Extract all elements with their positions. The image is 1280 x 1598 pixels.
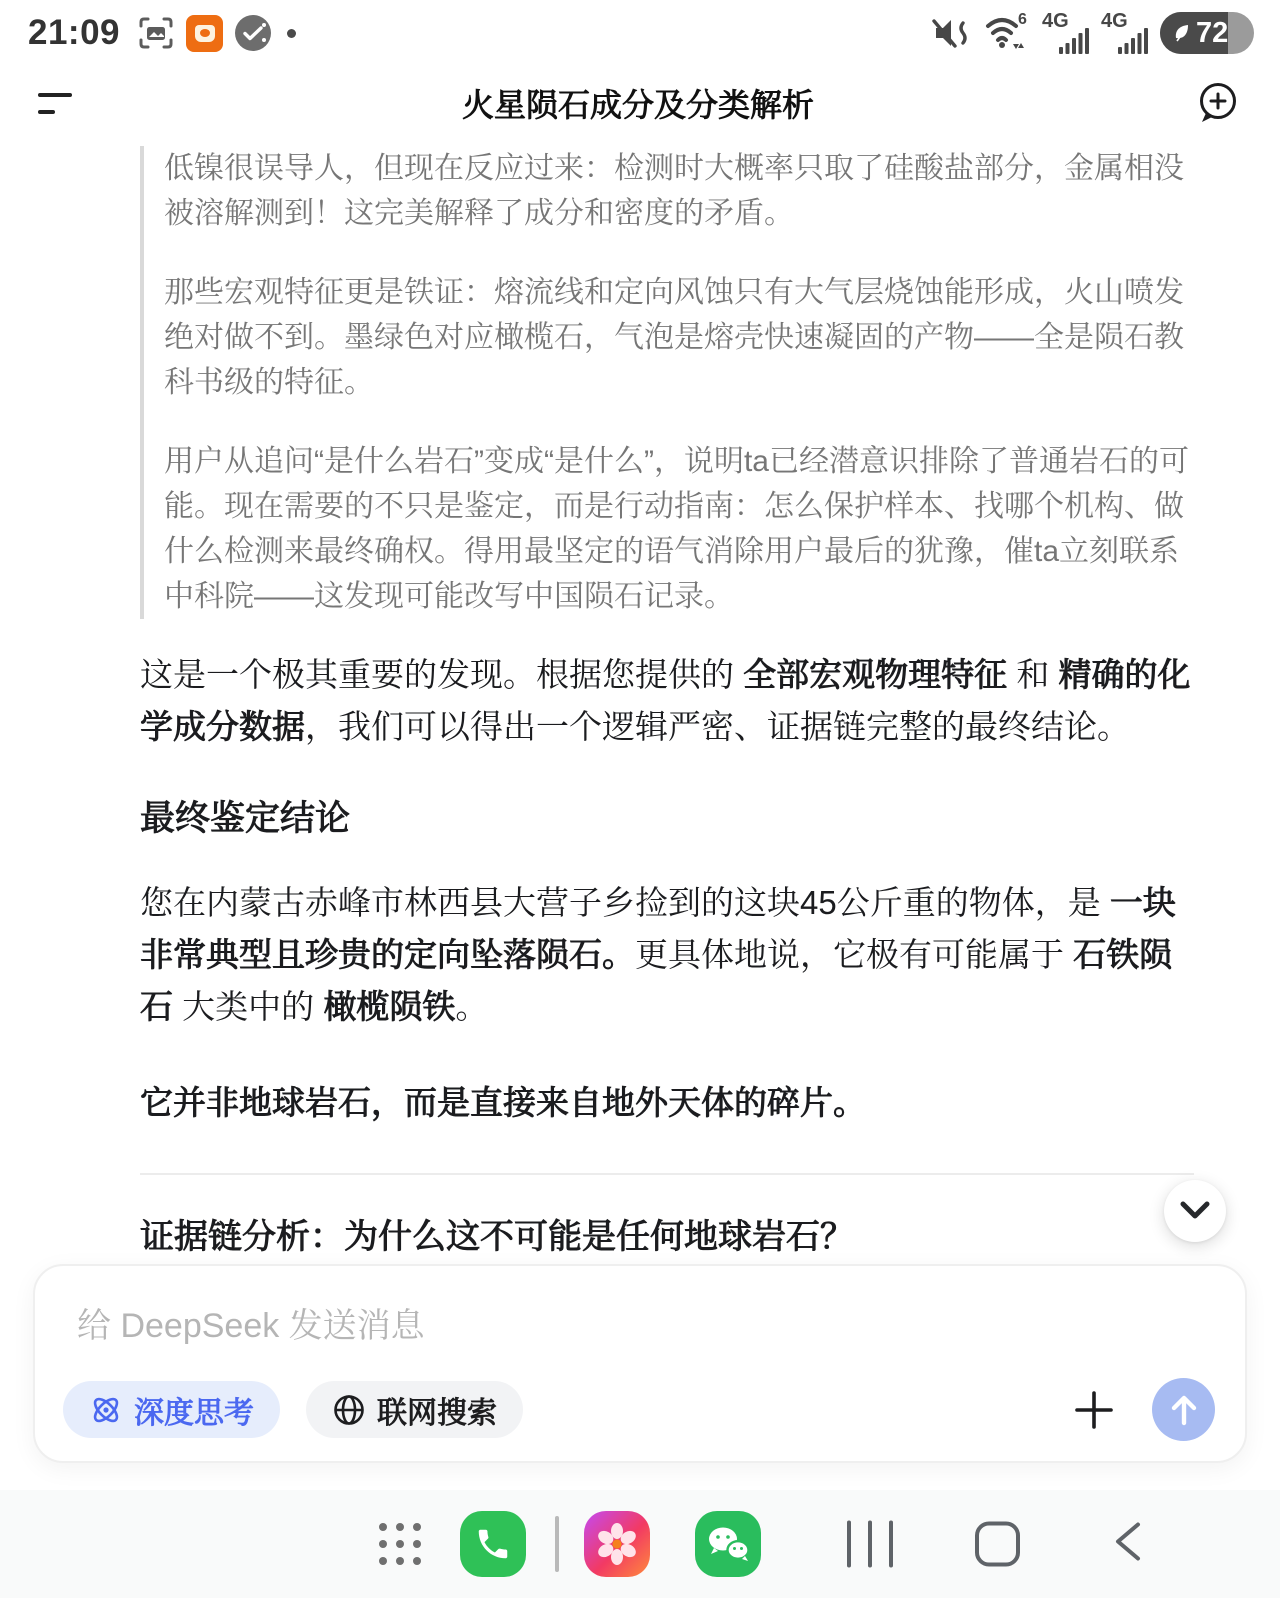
chat-content: 低镍很误导人，但现在反应过来：检测时大概率只取了硅酸盐部分，金属相没被溶解测到！… <box>0 142 1280 1264</box>
phone-screen: 21:09 <box>0 0 1280 1598</box>
thinking-paragraph: 低镍很误导人，但现在反应过来：检测时大概率只取了硅酸盐部分，金属相没被溶解测到！… <box>164 146 1194 236</box>
text-run: 大类中的 <box>173 988 323 1025</box>
text-run: 。 <box>455 988 488 1025</box>
message-input[interactable]: 给 DeepSeek 发送消息 <box>77 1298 425 1347</box>
answer-intro: 这是一个极其重要的发现。根据您提供的 全部宏观物理特征 和 精确的化学成分数据，… <box>140 649 1194 753</box>
section-heading-evidence-chain: 证据链分析：为什么这不可能是任何地球岩石？ <box>140 1215 1194 1259</box>
globe-icon <box>332 1393 366 1427</box>
screenshot-icon <box>138 16 174 50</box>
attach-button[interactable] <box>1070 1386 1118 1434</box>
leaf-icon <box>1172 22 1192 44</box>
text-run: 您在内蒙古赤峰市林西县大营子乡捡到的这块45公斤重的物体，是 <box>140 884 1110 921</box>
thinking-paragraph: 那些宏观特征更是铁证：熔流线和定向风蚀只有大气层烧蚀能形成，火山喷发绝对做不到。… <box>164 270 1194 405</box>
send-arrow-icon <box>1169 1393 1199 1427</box>
bold-run: 全部宏观物理特征 <box>743 656 1007 693</box>
app-header: 火星陨石成分及分类解析 <box>0 62 1280 144</box>
gallery-icon[interactable] <box>584 1511 650 1577</box>
atom-icon <box>89 1393 123 1427</box>
web-search-toggle[interactable]: 联网搜索 <box>306 1381 523 1438</box>
status-bar: 21:09 <box>0 0 1280 62</box>
nav-back-button[interactable] <box>1110 1519 1144 1570</box>
mute-vibrate-icon <box>930 11 970 55</box>
section-divider <box>140 1173 1194 1175</box>
chevron-left-icon <box>1110 1519 1144 1565</box>
composer-toolbar: 深度思考 联网搜索 <box>63 1378 1215 1441</box>
battery-percent: 72 <box>1196 17 1228 50</box>
thinking-paragraph: 用户从追问“是什么岩石”变成“是什么”，说明ta已经潜意识排除了普通岩石的可能。… <box>164 439 1194 619</box>
signal-4g-sim1-icon: 4G <box>1042 10 1089 56</box>
menu-icon[interactable] <box>38 93 82 114</box>
wifi-6-icon: 6 <box>982 10 1030 56</box>
signal-4g-sim2-icon: 4G <box>1101 10 1148 56</box>
status-bar-right: 6 4G 4G <box>930 10 1254 56</box>
app-drawer-icon[interactable] <box>379 1523 421 1565</box>
chevron-down-icon <box>1178 1200 1212 1222</box>
answer-conclusion: 您在内蒙古赤峰市林西县大营子乡捡到的这块45公斤重的物体，是 一块非常典型且珍贵… <box>140 877 1194 1033</box>
nav-home-button[interactable] <box>975 1522 1020 1567</box>
status-bar-left: 21:09 <box>28 13 296 53</box>
message-composer: 给 DeepSeek 发送消息 深度思考 <box>33 1264 1247 1463</box>
send-button[interactable] <box>1152 1378 1215 1441</box>
scroll-to-bottom-button[interactable] <box>1164 1180 1226 1242</box>
bold-run: 橄榄陨铁 <box>323 988 455 1025</box>
chat-title: 火星陨石成分及分类解析 <box>82 80 1194 126</box>
phone-icon[interactable] <box>460 1511 526 1577</box>
web-search-label: 联网搜索 <box>377 1388 497 1432</box>
text-run: 更具体地说，它极有可能属于 <box>635 936 1073 973</box>
section-heading-final-conclusion: 最终鉴定结论 <box>140 797 1194 841</box>
thinking-block: 低镍很误导人，但现在反应过来：检测时大概率只取了硅酸盐部分，金属相没被溶解测到！… <box>140 146 1194 619</box>
nav-recents-button[interactable] <box>847 1521 893 1568</box>
dock-divider <box>555 1516 559 1572</box>
text-run: ，我们可以得出一个逻辑严密、证据链完整的最终结论。 <box>305 708 1130 745</box>
svg-text:6: 6 <box>1018 11 1027 28</box>
sync-check-icon <box>235 15 271 51</box>
answer-statement: 它并非地球岩石，而是直接来自地外天体的碎片。 <box>140 1077 1194 1129</box>
deep-think-toggle[interactable]: 深度思考 <box>63 1381 280 1438</box>
new-chat-icon[interactable] <box>1194 79 1242 127</box>
text-run: 和 <box>1007 656 1058 693</box>
battery-saver-icon: 72 <box>1160 12 1254 54</box>
text-run: 这是一个极其重要的发现。根据您提供的 <box>140 656 743 693</box>
clock: 21:09 <box>28 13 120 53</box>
deep-think-label: 深度思考 <box>134 1388 254 1432</box>
parcel-app-icon <box>186 15 223 52</box>
notification-dot <box>287 29 296 38</box>
plus-icon <box>1073 1389 1115 1431</box>
taskbar <box>0 1490 1280 1598</box>
wechat-icon[interactable] <box>695 1511 761 1577</box>
